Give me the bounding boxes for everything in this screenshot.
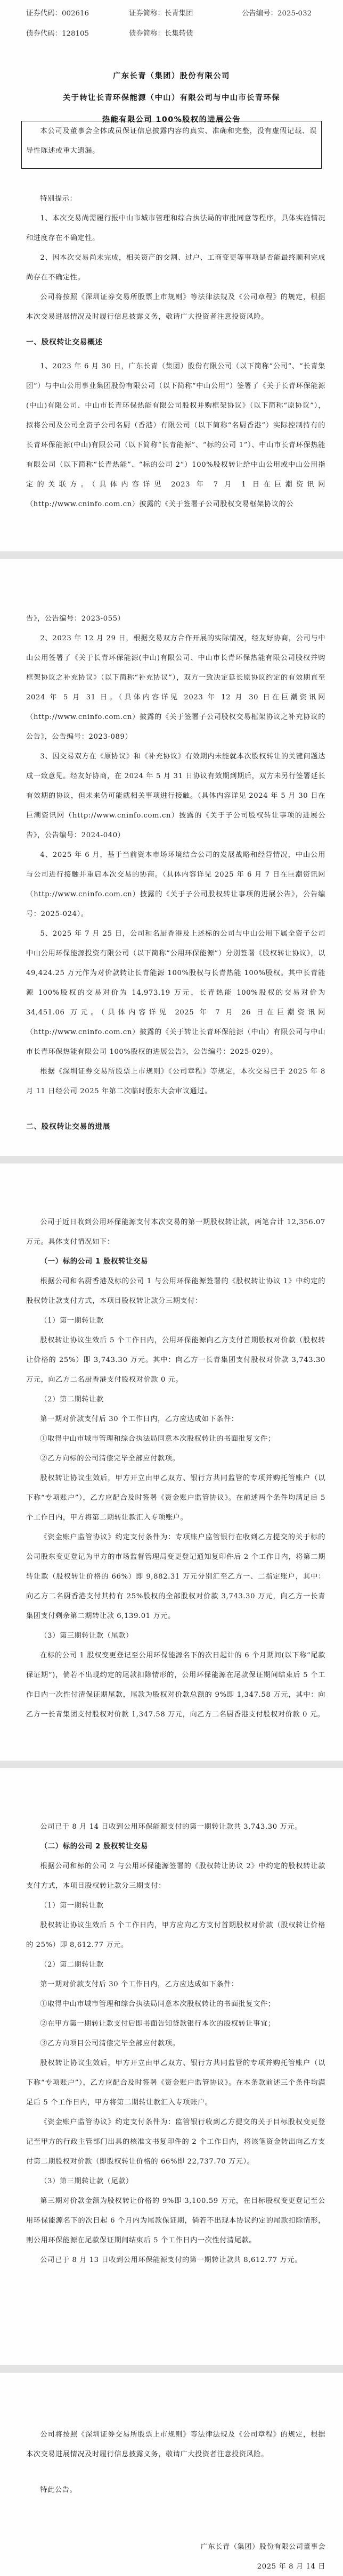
special-tips: 特别提示： 1、本次交易尚需履行报中山市城市管理和综合执法局的审批同意等程序，具… (26, 189, 325, 327)
sub1-escrow-account: 股权转让协议生效后，甲方开立由甲乙双方、银行方共同监管的专项并购托管账户（以下称… (26, 1468, 325, 1528)
section1-para-3: 3、因交易双方在《原协议》和《补充协议》有效期内未能就本次股权转让的关键问题达成… (26, 747, 325, 845)
sub1-received: 公司已于 8 月 14 日收到公用环保能源支付的第一期转让款共 3,743.30… (26, 1817, 325, 1837)
document-page-1: 证券代码：002616 证券简称：长青集团 公告编号：2025-032 债券代码… (0, 0, 343, 551)
page-separator (0, 1761, 343, 1768)
section1-heading: 一、股权转让交易概述 (26, 333, 325, 352)
sub1-period1-title: （1）第一期转让款 (26, 1311, 325, 1331)
section1-continued: 告》，公告编号：2023-055） 2、2023 年 12 月 29 日，根据交… (26, 609, 325, 1137)
section1-para-2: 2、2023 年 12 月 29 日，根据交易双方合作开展的实际情况，经友好协商… (26, 629, 325, 747)
section1-para-4: 4、2025 年 6 月，基于当前资本市场环境结合公司的发展战略和经营情况，中山… (26, 845, 325, 924)
special-tip-2: 2、因本次交易尚未完成，相关资产的交割、过户、工商变更等事项是否能最终顺利完成尚… (26, 248, 325, 287)
disclaimer-box: 本公司及董事会全体成员保证信息披露内容的真实、准确和完整，没有虚假记载、误导性陈… (21, 121, 322, 169)
special-tip-1: 1、本次交易尚需履行报中山市城市管理和综合执法局的审批同意等程序，具体实施情况和… (26, 209, 325, 248)
signature-date: 2025 年 8 月 14 日 (26, 2557, 325, 2576)
sub2-condition-1: ①取得中山市城市管理和综合执法局同意本次股权转让的书面批复文件； (26, 1994, 325, 2014)
document-page-5: 公司将按照《深圳证券交易所股票上市规则》等法律法规及《公司章程》的规定，根据本次… (0, 2373, 343, 2576)
section2-body-continued: 公司已于 8 月 14 日收到公用环保能源支付的第一期转让款共 3,743.30… (26, 1817, 325, 2270)
special-tips-heading: 特别提示： (26, 189, 325, 209)
sub1-period2-payment: 《资金账户监管协议》约定支付条件为：专项账户监管银行在收到乙方提交的关于标的公司… (26, 1528, 325, 1626)
special-tip-disclosure: 公司将按照《深圳证券交易所股票上市规则》等法律法规及《公司章程》的规定，根据本次… (26, 287, 325, 327)
sub2-period3-text: 第三期对价款金额为股权转让价格的 9%即 3,100.59 万元，在目标股权变更… (26, 2191, 325, 2250)
stock-name: 证券简称：长青集团 (129, 7, 193, 18)
sub1-heading: （一）标的公司 1 股权转让交易 (26, 1252, 325, 1272)
page-separator (0, 1156, 343, 1163)
document-page-3: 公司于近日收到公用环保能源支付本次交易的第一期股权转让款，两笔合计 12,356… (0, 1163, 343, 1761)
company-title: 广东长青（集团）股份有限公司 (0, 70, 343, 81)
sub1-period3-title: （3）第三期转让款（尾款） (26, 1626, 325, 1646)
section2-body: 公司于近日收到公用环保能源支付本次交易的第一期股权转让款，两笔合计 12,356… (26, 1212, 325, 1724)
sub1-period2-title: （2）第二期转让款 (26, 1390, 325, 1409)
sub2-intro: 根据公司和标的公司 2 与公用环保能源签署的《股权转让协议 2》中约定的股权转让… (26, 1856, 325, 1896)
hereby-announced: 特此公告。 (26, 2480, 325, 2500)
page-separator (0, 2365, 343, 2373)
sub2-period2-title: （2）第二期转让款 (26, 1955, 325, 1975)
closing: 公司将按照《深圳证券交易所股票上市规则》等法律法规及《公司章程》的规定，根据本次… (26, 2425, 325, 2576)
section2-heading: 二、股权转让交易的进展 (26, 1117, 325, 1137)
document-page-2: 告》，公告编号：2023-055） 2、2023 年 12 月 29 日，根据交… (0, 559, 343, 1156)
sub2-received: 公司已于 8 月 13 日收到公用环保能源支付的第一期转让款共 8,612.77… (26, 2250, 325, 2270)
announcement-title-line1: 关于转让长青环保能源（中山）有限公司与中山市长青环保 (0, 92, 343, 103)
sub2-period1-text: 股权转让协议生效后 5 个工作日内，甲方应向乙方支付首期股权对价款（股权转让价格… (26, 1916, 325, 1955)
closing-disclosure: 公司将按照《深圳证券交易所股票上市规则》等法律法规及《公司章程》的规定，根据本次… (26, 2425, 325, 2464)
document-page-4: 公司已于 8 月 14 日收到公用环保能源支付的第一期转让款共 3,743.30… (0, 1768, 343, 2365)
sub2-period2-payment: 《资金账户监管协议》约定支付条件为：监管银行收到乙方提交的关于目标股权变更登记至… (26, 2112, 325, 2172)
section1-top: 一、股权转让交易概述 1、2023 年 6 月 30 日，广东长青（集团）股份有… (26, 333, 325, 514)
sub1-condition-1: ①取得中山市城市管理和综合执法局同意本次股权转让的书面批复文件； (26, 1429, 325, 1449)
sub2-condition-2: ②在甲方第一期转让款支付后即书面告知贷款银行本次的股权转让事宜； (26, 2014, 325, 2034)
sub1-period1-text: 股权转让协议生效后 5 个工作日内，公用环保能源向乙方支付首期股权对价款（股权转… (26, 1331, 325, 1390)
disclaimer-text: 本公司及董事会全体成员保证信息披露内容的真实、准确和完整，没有虚假记载、误导性陈… (22, 121, 321, 161)
announcement-number: 公告编号：2025-032 (242, 7, 312, 18)
section2-intro: 公司于近日收到公用环保能源支付本次交易的第一期股权转让款，两笔合计 12,356… (26, 1212, 325, 1252)
section1-para-1-tail: 告》，公告编号：2023-055） (26, 609, 325, 629)
bond-code: 债券代码：128105 (26, 28, 89, 38)
sub2-heading: （二）标的公司 2 股权转让交易 (26, 1837, 325, 1856)
section1-approval: 根据《深圳证券交易所股票上市规则》《公司章程》等规定，本次交易已于 2025 年… (26, 1062, 325, 1101)
signatory: 广东长青（集团）股份有限公司董事会 (26, 2537, 325, 2557)
sub2-condition-3: ③乙方向项目公司清偿完毕全部应付款项。 (26, 2034, 325, 2053)
page-separator (0, 551, 343, 559)
sub2-period3-title: （3）第三期转让款（尾款） (26, 2172, 325, 2191)
section1-para-1: 1、2023 年 6 月 30 日，广东长青（集团）股份有限公司（以下简称“公司… (26, 357, 325, 514)
sub1-period2-conditions: 第一期对价款支付后 30 个工作日内，乙方应达成如下条件： (26, 1409, 325, 1429)
bond-name: 债券简称：长集转债 (129, 28, 193, 38)
stock-code: 证券代码：002616 (26, 7, 89, 18)
sub2-escrow-account: 股权转让协议生效后，甲方开立由甲乙双方、银行方共同监管的专项并购托管账户（以下称… (26, 2053, 325, 2112)
sub1-condition-2: ②乙方向标的公司清偿完毕全部应付款项。 (26, 1449, 325, 1468)
sub1-period3-text: 在标的公司 1 股权变更登记至公用环保能源名下的次日起计的 6 个月期间(以下称… (26, 1646, 325, 1724)
sub2-period1-title: （1）第一期转让款 (26, 1896, 325, 1916)
section1-para-5: 5、2025 年 7 月 25 日，公司和名厨香港及上述标的公司与中山公用下属全… (26, 924, 325, 1062)
sub1-intro: 根据公司和名厨香港及标的公司 1 与公用环保能源签署的《股权转让协议 1》中约定… (26, 1272, 325, 1311)
sub2-period2-conditions: 第一期对价款支付后 30 个工作日内，乙方应达成如下条件： (26, 1975, 325, 1994)
